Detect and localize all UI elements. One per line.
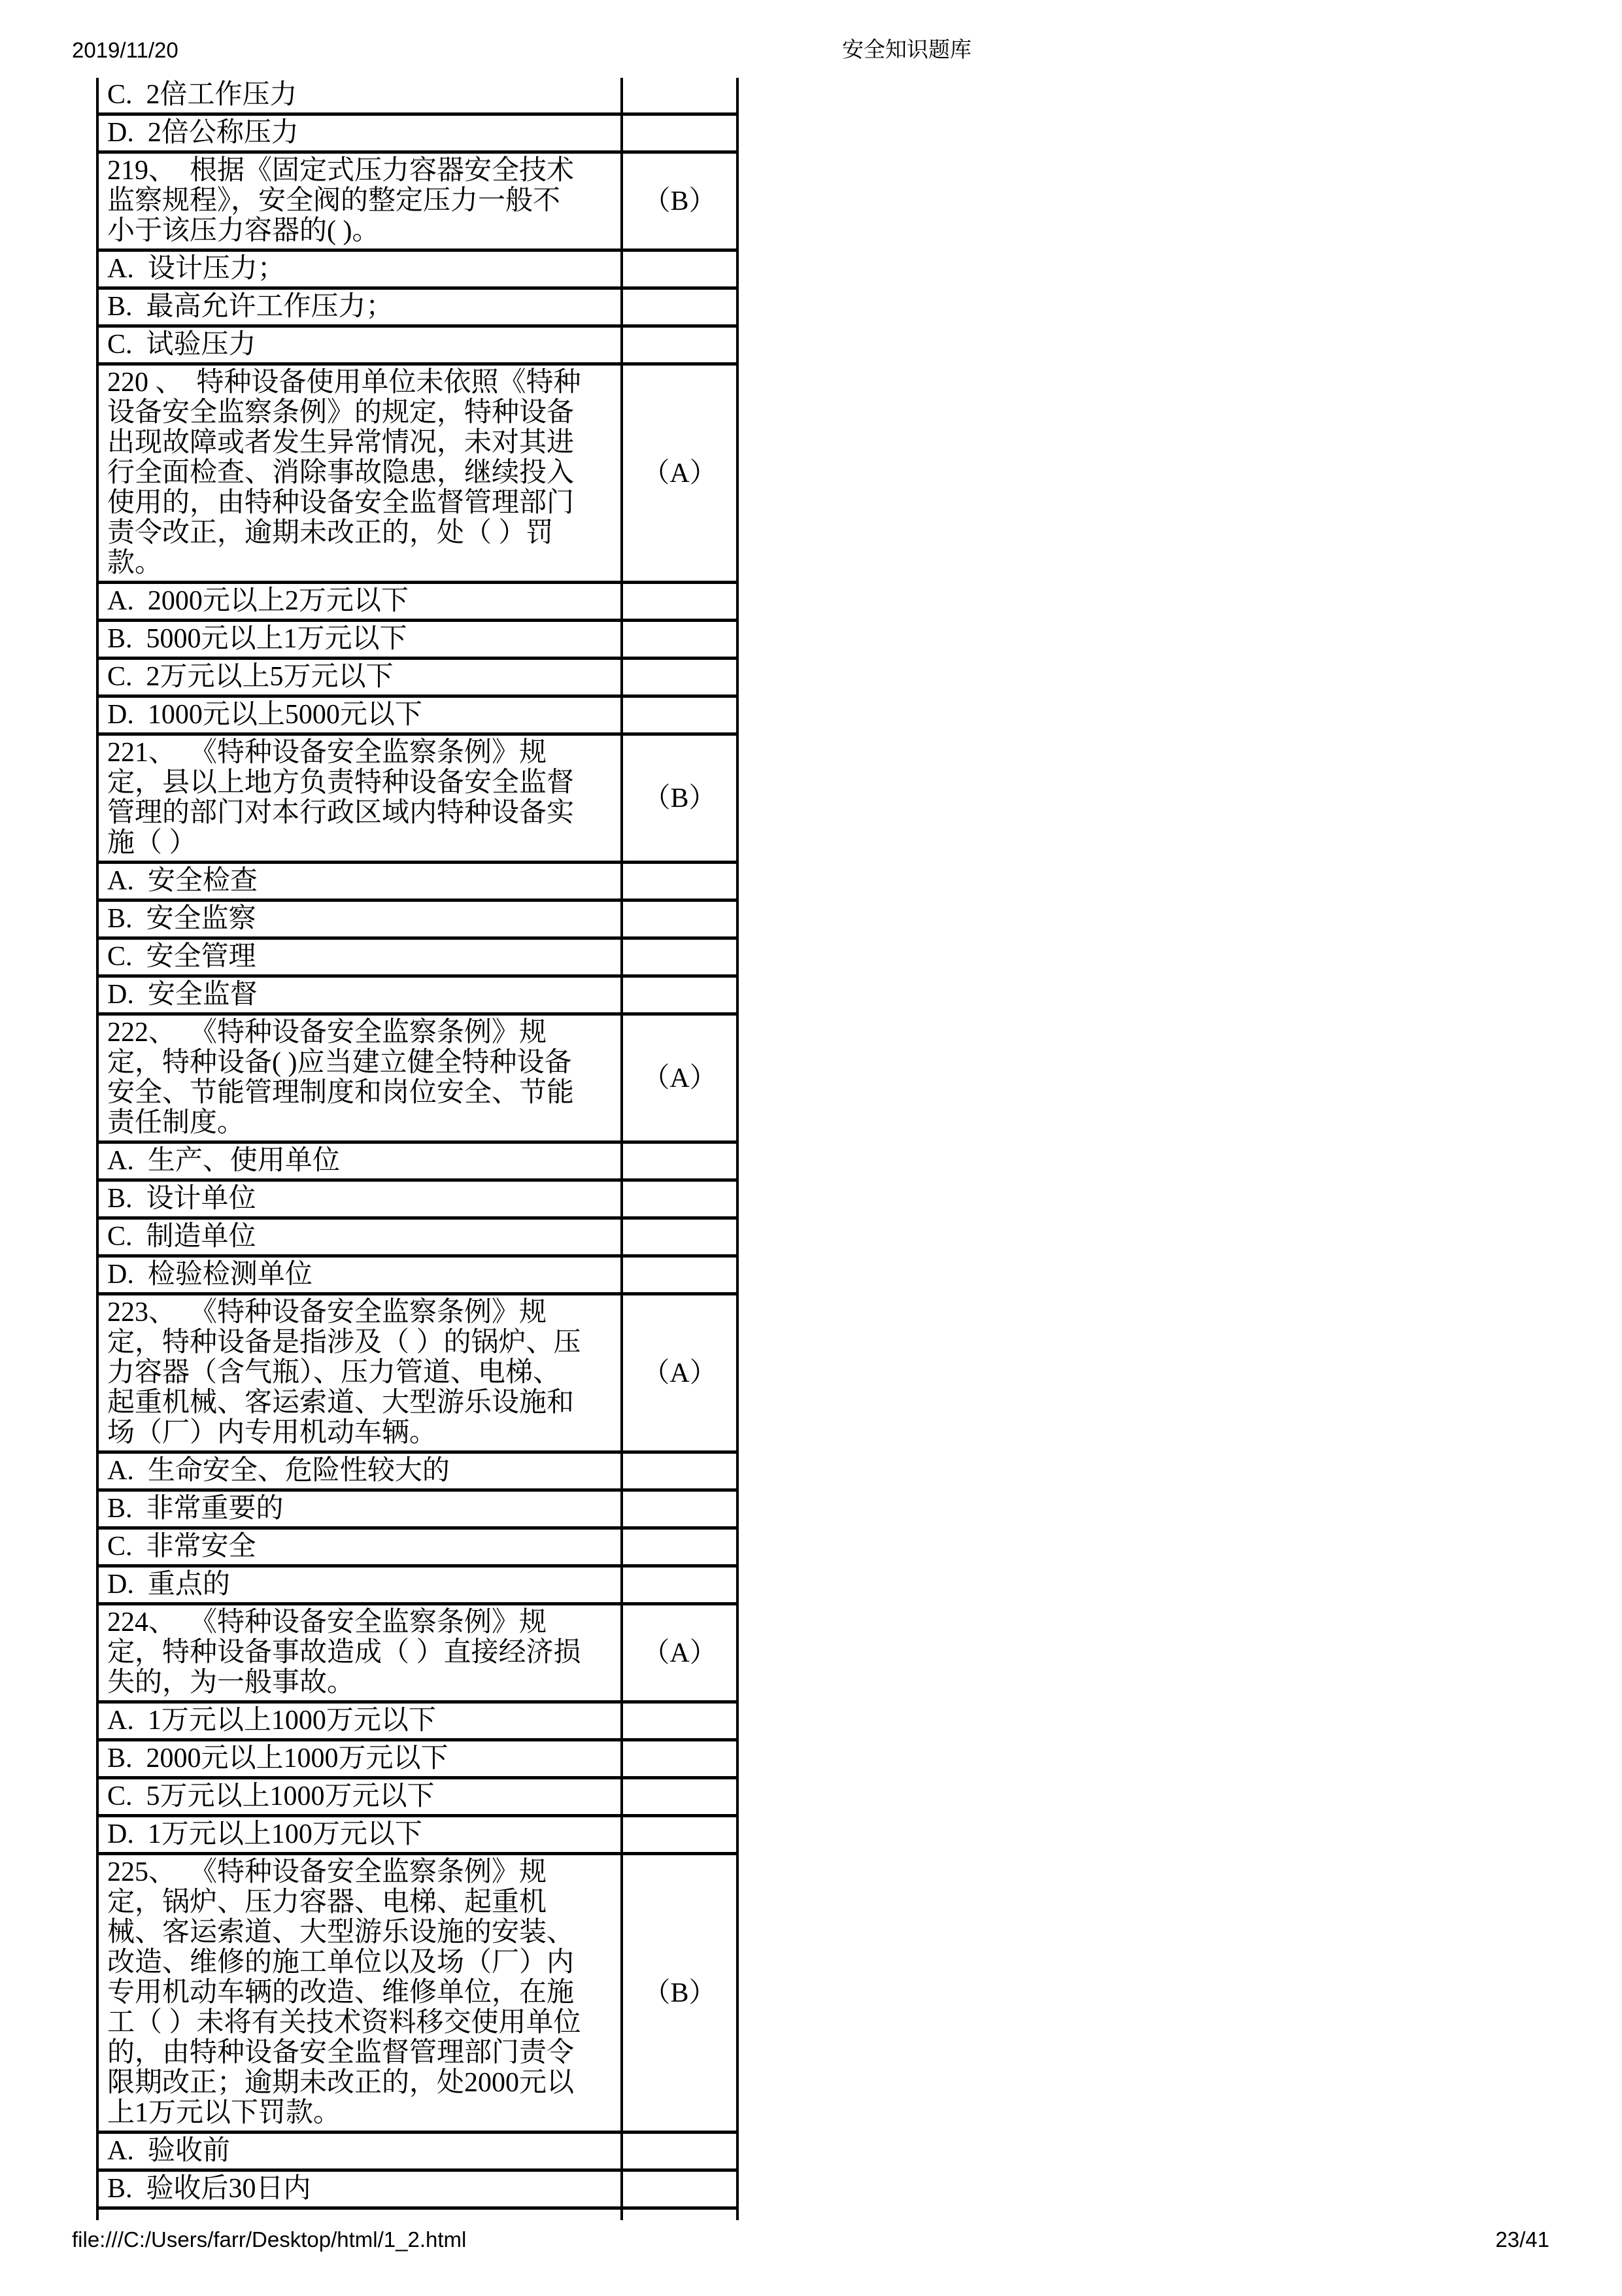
option-row: B. 最高允许工作压力； bbox=[99, 290, 736, 328]
option-text-cell: D. 1万元以上100万元以下 bbox=[99, 1817, 623, 1852]
option-row: D. 安全监督 bbox=[99, 978, 736, 1016]
question-text-cell: 220 、 特种设备使用单位未依照《特种 设备安全监察条例》的规定，特种设备 出… bbox=[99, 366, 623, 581]
option-row: D. 1万元以上100万元以下 bbox=[99, 1817, 736, 1855]
answer-cell bbox=[623, 902, 736, 936]
option-text-cell: B. 最高允许工作压力； bbox=[99, 290, 623, 324]
option-row: D. 重点的 bbox=[99, 1568, 736, 1605]
answer-cell bbox=[623, 1568, 736, 1602]
answer-cell: （B） bbox=[623, 1855, 736, 2131]
option-row: C. 5万元以上1000万元以下 bbox=[99, 1779, 736, 1817]
answer-cell: （A） bbox=[623, 1295, 736, 1450]
option-row: C. 2万元以上5万元以下 bbox=[99, 660, 736, 698]
option-text-cell: B. 5000元以上1万元以下 bbox=[99, 622, 623, 657]
option-text-cell: B. 非常重要的 bbox=[99, 1492, 623, 1526]
footer-file-url: file:///C:/Users/farr/Desktop/html/1_2.h… bbox=[72, 2227, 466, 2252]
answer-cell: （B） bbox=[623, 154, 736, 248]
answer-cell bbox=[623, 1704, 736, 1738]
option-text-cell: A. 2000元以上2万元以下 bbox=[99, 584, 623, 619]
option-row: B. 验收后30日内 bbox=[99, 2172, 736, 2210]
answer-cell bbox=[623, 660, 736, 694]
option-text-cell: C. 2万元以上5万元以下 bbox=[99, 660, 623, 694]
option-row: A. 生命安全、危险性较大的 bbox=[99, 1454, 736, 1492]
answer-cell bbox=[623, 290, 736, 324]
option-row: C. 制造单位 bbox=[99, 1220, 736, 1258]
option-text-cell: D. 重点的 bbox=[99, 1568, 623, 1602]
option-row: B. 安全监察 bbox=[99, 902, 736, 940]
answer-cell bbox=[623, 978, 736, 1012]
question-row: 220 、 特种设备使用单位未依照《特种 设备安全监察条例》的规定，特种设备 出… bbox=[99, 366, 736, 584]
document-page: { "header": { "date": "2019/11/20", "tit… bbox=[0, 0, 1622, 2296]
question-row: 221、 《特种设备安全监察条例》规 定，县以上地方负责特种设备安全监督 管理的… bbox=[99, 736, 736, 864]
option-text-cell: D. 安全监督 bbox=[99, 978, 623, 1012]
answer-cell: （B） bbox=[623, 736, 736, 861]
option-row: A. 安全检查 bbox=[99, 864, 736, 902]
answer-cell: （A） bbox=[623, 1605, 736, 1700]
question-row: 224、 《特种设备安全监察条例》规 定，特种设备事故造成（ ）直接经济损 失的… bbox=[99, 1605, 736, 1704]
answer-cell bbox=[623, 1817, 736, 1852]
option-row: A. 生产、使用单位 bbox=[99, 1144, 736, 1182]
option-text-cell: D. 检验检测单位 bbox=[99, 1258, 623, 1292]
option-text-cell: A. 设计压力； bbox=[99, 252, 623, 286]
option-row: B. 2000元以上1000万元以下 bbox=[99, 1741, 736, 1779]
answer-cell bbox=[623, 1779, 736, 1814]
answer-cell bbox=[623, 1530, 736, 1564]
question-row: 223、 《特种设备安全监察条例》规 定，特种设备是指涉及（ ）的锅炉、压 力容… bbox=[99, 1295, 736, 1454]
option-text-cell: D. 2倍公称压力 bbox=[99, 116, 623, 150]
option-text-cell: B. 设计单位 bbox=[99, 1182, 623, 1216]
option-text-cell: B. 2000元以上1000万元以下 bbox=[99, 1741, 623, 1776]
answer-cell bbox=[623, 2134, 736, 2168]
option-text-cell: A. 安全检查 bbox=[99, 864, 623, 899]
option-text-cell: A. 生产、使用单位 bbox=[99, 1144, 623, 1178]
answer-cell bbox=[623, 1492, 736, 1526]
option-text-cell: C. 制造单位 bbox=[99, 1220, 623, 1254]
question-text-cell: 225、 《特种设备安全监察条例》规 定，锅炉、压力容器、电梯、起重机 械、客运… bbox=[99, 1855, 623, 2131]
question-row: 225、 《特种设备安全监察条例》规 定，锅炉、压力容器、电梯、起重机 械、客运… bbox=[99, 1855, 736, 2134]
question-row: 219、 根据《固定式压力容器安全技术 监察规程》，安全阀的整定压力一般不 小于… bbox=[99, 154, 736, 252]
option-text-cell: B. 验收后30日内 bbox=[99, 2172, 623, 2206]
answer-cell bbox=[623, 1144, 736, 1178]
question-text-cell: 219、 根据《固定式压力容器安全技术 监察规程》，安全阀的整定压力一般不 小于… bbox=[99, 154, 623, 248]
answer-cell bbox=[623, 1220, 736, 1254]
answer-cell bbox=[623, 698, 736, 732]
question-text-cell: 221、 《特种设备安全监察条例》规 定，县以上地方负责特种设备安全监督 管理的… bbox=[99, 736, 623, 861]
option-row: D. 2倍公称压力 bbox=[99, 116, 736, 154]
question-table: C. 2倍工作压力D. 2倍公称压力219、 根据《固定式压力容器安全技术 监察… bbox=[96, 78, 739, 2220]
option-row: B. 设计单位 bbox=[99, 1182, 736, 1220]
answer-cell bbox=[623, 864, 736, 899]
answer-cell bbox=[623, 940, 736, 974]
option-text-cell: B. 安全监察 bbox=[99, 902, 623, 936]
option-text-cell: C. 非常安全 bbox=[99, 1530, 623, 1564]
option-row: B. 非常重要的 bbox=[99, 1492, 736, 1530]
answer-cell bbox=[623, 1741, 736, 1776]
option-row: A. 验收前 bbox=[99, 2134, 736, 2172]
answer-cell bbox=[623, 252, 736, 286]
option-text-cell: D. 1000元以上5000元以下 bbox=[99, 698, 623, 732]
option-row: C. 试验压力 bbox=[99, 328, 736, 366]
answer-cell bbox=[623, 1182, 736, 1216]
header-date: 2019/11/20 bbox=[72, 38, 178, 63]
option-text-cell: C. 试验压力 bbox=[99, 328, 623, 362]
option-text-cell: A. 验收前 bbox=[99, 2134, 623, 2168]
footer-page-number: 23/41 bbox=[1495, 2227, 1549, 2252]
option-row: B. 5000元以上1万元以下 bbox=[99, 622, 736, 660]
header-title: 安全知识题库 bbox=[842, 38, 972, 63]
answer-cell bbox=[623, 622, 736, 657]
answer-cell bbox=[623, 1258, 736, 1292]
option-text-cell: C. 5万元以上1000万元以下 bbox=[99, 1779, 623, 1814]
option-text-cell: C. 2倍工作压力 bbox=[99, 78, 623, 112]
question-text-cell: 223、 《特种设备安全监察条例》规 定，特种设备是指涉及（ ）的锅炉、压 力容… bbox=[99, 1295, 623, 1450]
option-text-cell bbox=[99, 2210, 623, 2220]
option-row: D. 检验检测单位 bbox=[99, 1258, 736, 1295]
option-row: A. 设计压力； bbox=[99, 252, 736, 290]
option-text-cell: A. 生命安全、危险性较大的 bbox=[99, 1454, 623, 1488]
option-row: C. 安全管理 bbox=[99, 940, 736, 978]
answer-cell bbox=[623, 2172, 736, 2206]
option-row: C. 非常安全 bbox=[99, 1530, 736, 1568]
option-row: A. 1万元以上1000万元以下 bbox=[99, 1704, 736, 1741]
answer-cell bbox=[623, 78, 736, 112]
answer-cell bbox=[623, 584, 736, 619]
answer-cell: （A） bbox=[623, 1016, 736, 1140]
option-row: A. 2000元以上2万元以下 bbox=[99, 584, 736, 622]
answer-cell: （A） bbox=[623, 366, 736, 581]
option-row: D. 1000元以上5000元以下 bbox=[99, 698, 736, 736]
partial-row bbox=[99, 2210, 736, 2220]
option-text-cell: A. 1万元以上1000万元以下 bbox=[99, 1704, 623, 1738]
option-row: C. 2倍工作压力 bbox=[99, 78, 736, 116]
option-text-cell: C. 安全管理 bbox=[99, 940, 623, 974]
answer-cell bbox=[623, 2210, 736, 2220]
question-row: 222、 《特种设备安全监察条例》规 定，特种设备( )应当建立健全特种设备 安… bbox=[99, 1016, 736, 1144]
question-text-cell: 222、 《特种设备安全监察条例》规 定，特种设备( )应当建立健全特种设备 安… bbox=[99, 1016, 623, 1140]
answer-cell bbox=[623, 328, 736, 362]
question-text-cell: 224、 《特种设备安全监察条例》规 定，特种设备事故造成（ ）直接经济损 失的… bbox=[99, 1605, 623, 1700]
answer-cell bbox=[623, 1454, 736, 1488]
answer-cell bbox=[623, 116, 736, 150]
